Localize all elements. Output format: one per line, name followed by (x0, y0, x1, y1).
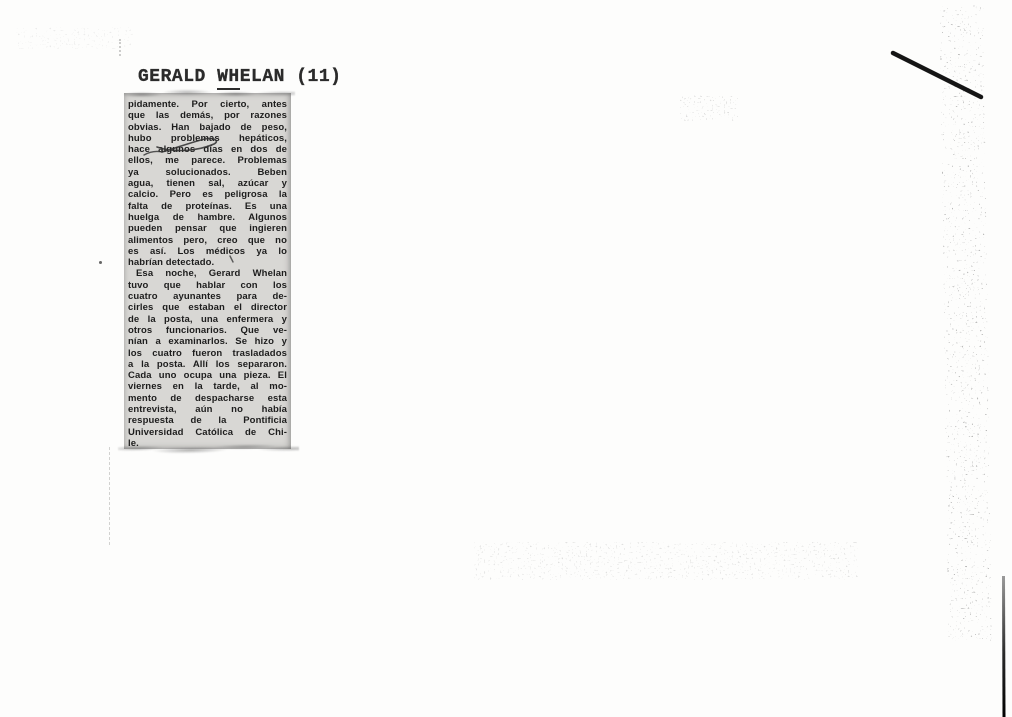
clipping-line: falta de proteínas. Es una (128, 201, 287, 212)
clipping-line: nían a examinarlos. Se hizo y (128, 336, 287, 347)
clipping-line: los cuatro fueron trasladados (128, 348, 287, 359)
vertical-line-bottom-right (1004, 576, 1005, 717)
clipping-torn-edge-top (121, 88, 295, 98)
clipping-line: cuatro ayunantes para de- (128, 291, 287, 302)
header-page-number: (11) (285, 67, 342, 87)
clipping-line: agua, tienen sal, azúcar y (128, 178, 287, 189)
speckle-top-left (22, 28, 127, 48)
speckle-row-lower (492, 544, 840, 578)
clipping-line: entrevista, aún no había (128, 404, 287, 415)
clipping-line: que las demás, por razones (128, 110, 287, 121)
ink-speck-dot (99, 261, 102, 264)
clipping-line: respuesta de la Pontificia (128, 415, 287, 426)
clipping-line: habrían detectado. (128, 257, 287, 268)
clipping-line: cirles que estaban el director (128, 302, 287, 313)
clipping-line: viernes en la tarde, al mo- (128, 381, 287, 392)
clipping-line: le. (128, 438, 287, 449)
dotted-tick-mark (119, 39, 121, 56)
grain-band-right-edge (942, 34, 990, 613)
clipping-line: ya solucionados. Beben (128, 167, 287, 178)
clipping-line: Universidad Católica de Chi- (128, 427, 287, 438)
clipping-line: de la posta, una enfermera y (128, 314, 287, 325)
header-first-name: GERALD (138, 67, 217, 87)
header-last-name-underlined: WH (217, 67, 240, 90)
clipping-line: Cada uno ocupa una pieza. El (128, 370, 287, 381)
clipping-text-column: pidamente. Por cierto, antes que las dem… (128, 99, 287, 449)
page-header: GERALD WHELAN (11) (138, 67, 341, 87)
smudge-upper-middle (683, 97, 735, 119)
clipping-line: pueden pensar que ingieren (128, 223, 287, 234)
clipping-line: obvias. Han bajado de peso, (128, 122, 287, 133)
clipping-line: mento de despacharse esta (128, 393, 287, 404)
clipping-line: hubo problemas hepáticos, (128, 133, 287, 144)
clipping-line: tuvo que hablar con los (128, 280, 287, 291)
diagonal-stroke-top-right (893, 53, 981, 97)
newspaper-clipping: pidamente. Por cierto, antes que las dem… (124, 93, 291, 449)
clipping-line: es así. Los médicos ya lo (128, 246, 287, 257)
header-last-name-rest: ELAN (240, 67, 285, 87)
clipping-line: ellos, me parece. Problemas (128, 155, 287, 166)
clipping-line: hace algunos días en dos de (128, 144, 287, 155)
clipping-line: huelga de hambre. Algunos (128, 212, 287, 223)
clipping-line: calcio. Pero es peligrosa la (128, 189, 287, 200)
clipping-line: otros funcionarios. Que ve- (128, 325, 287, 336)
clipping-line: alimentos pero, creo que no (128, 235, 287, 246)
faint-crease-line (109, 447, 110, 545)
clipping-line: a la posta. Allí los separaron. (128, 359, 287, 370)
clipping-line: Esa noche, Gerard Whelan (128, 268, 287, 279)
clipping-line: pidamente. Por cierto, antes (128, 99, 287, 110)
